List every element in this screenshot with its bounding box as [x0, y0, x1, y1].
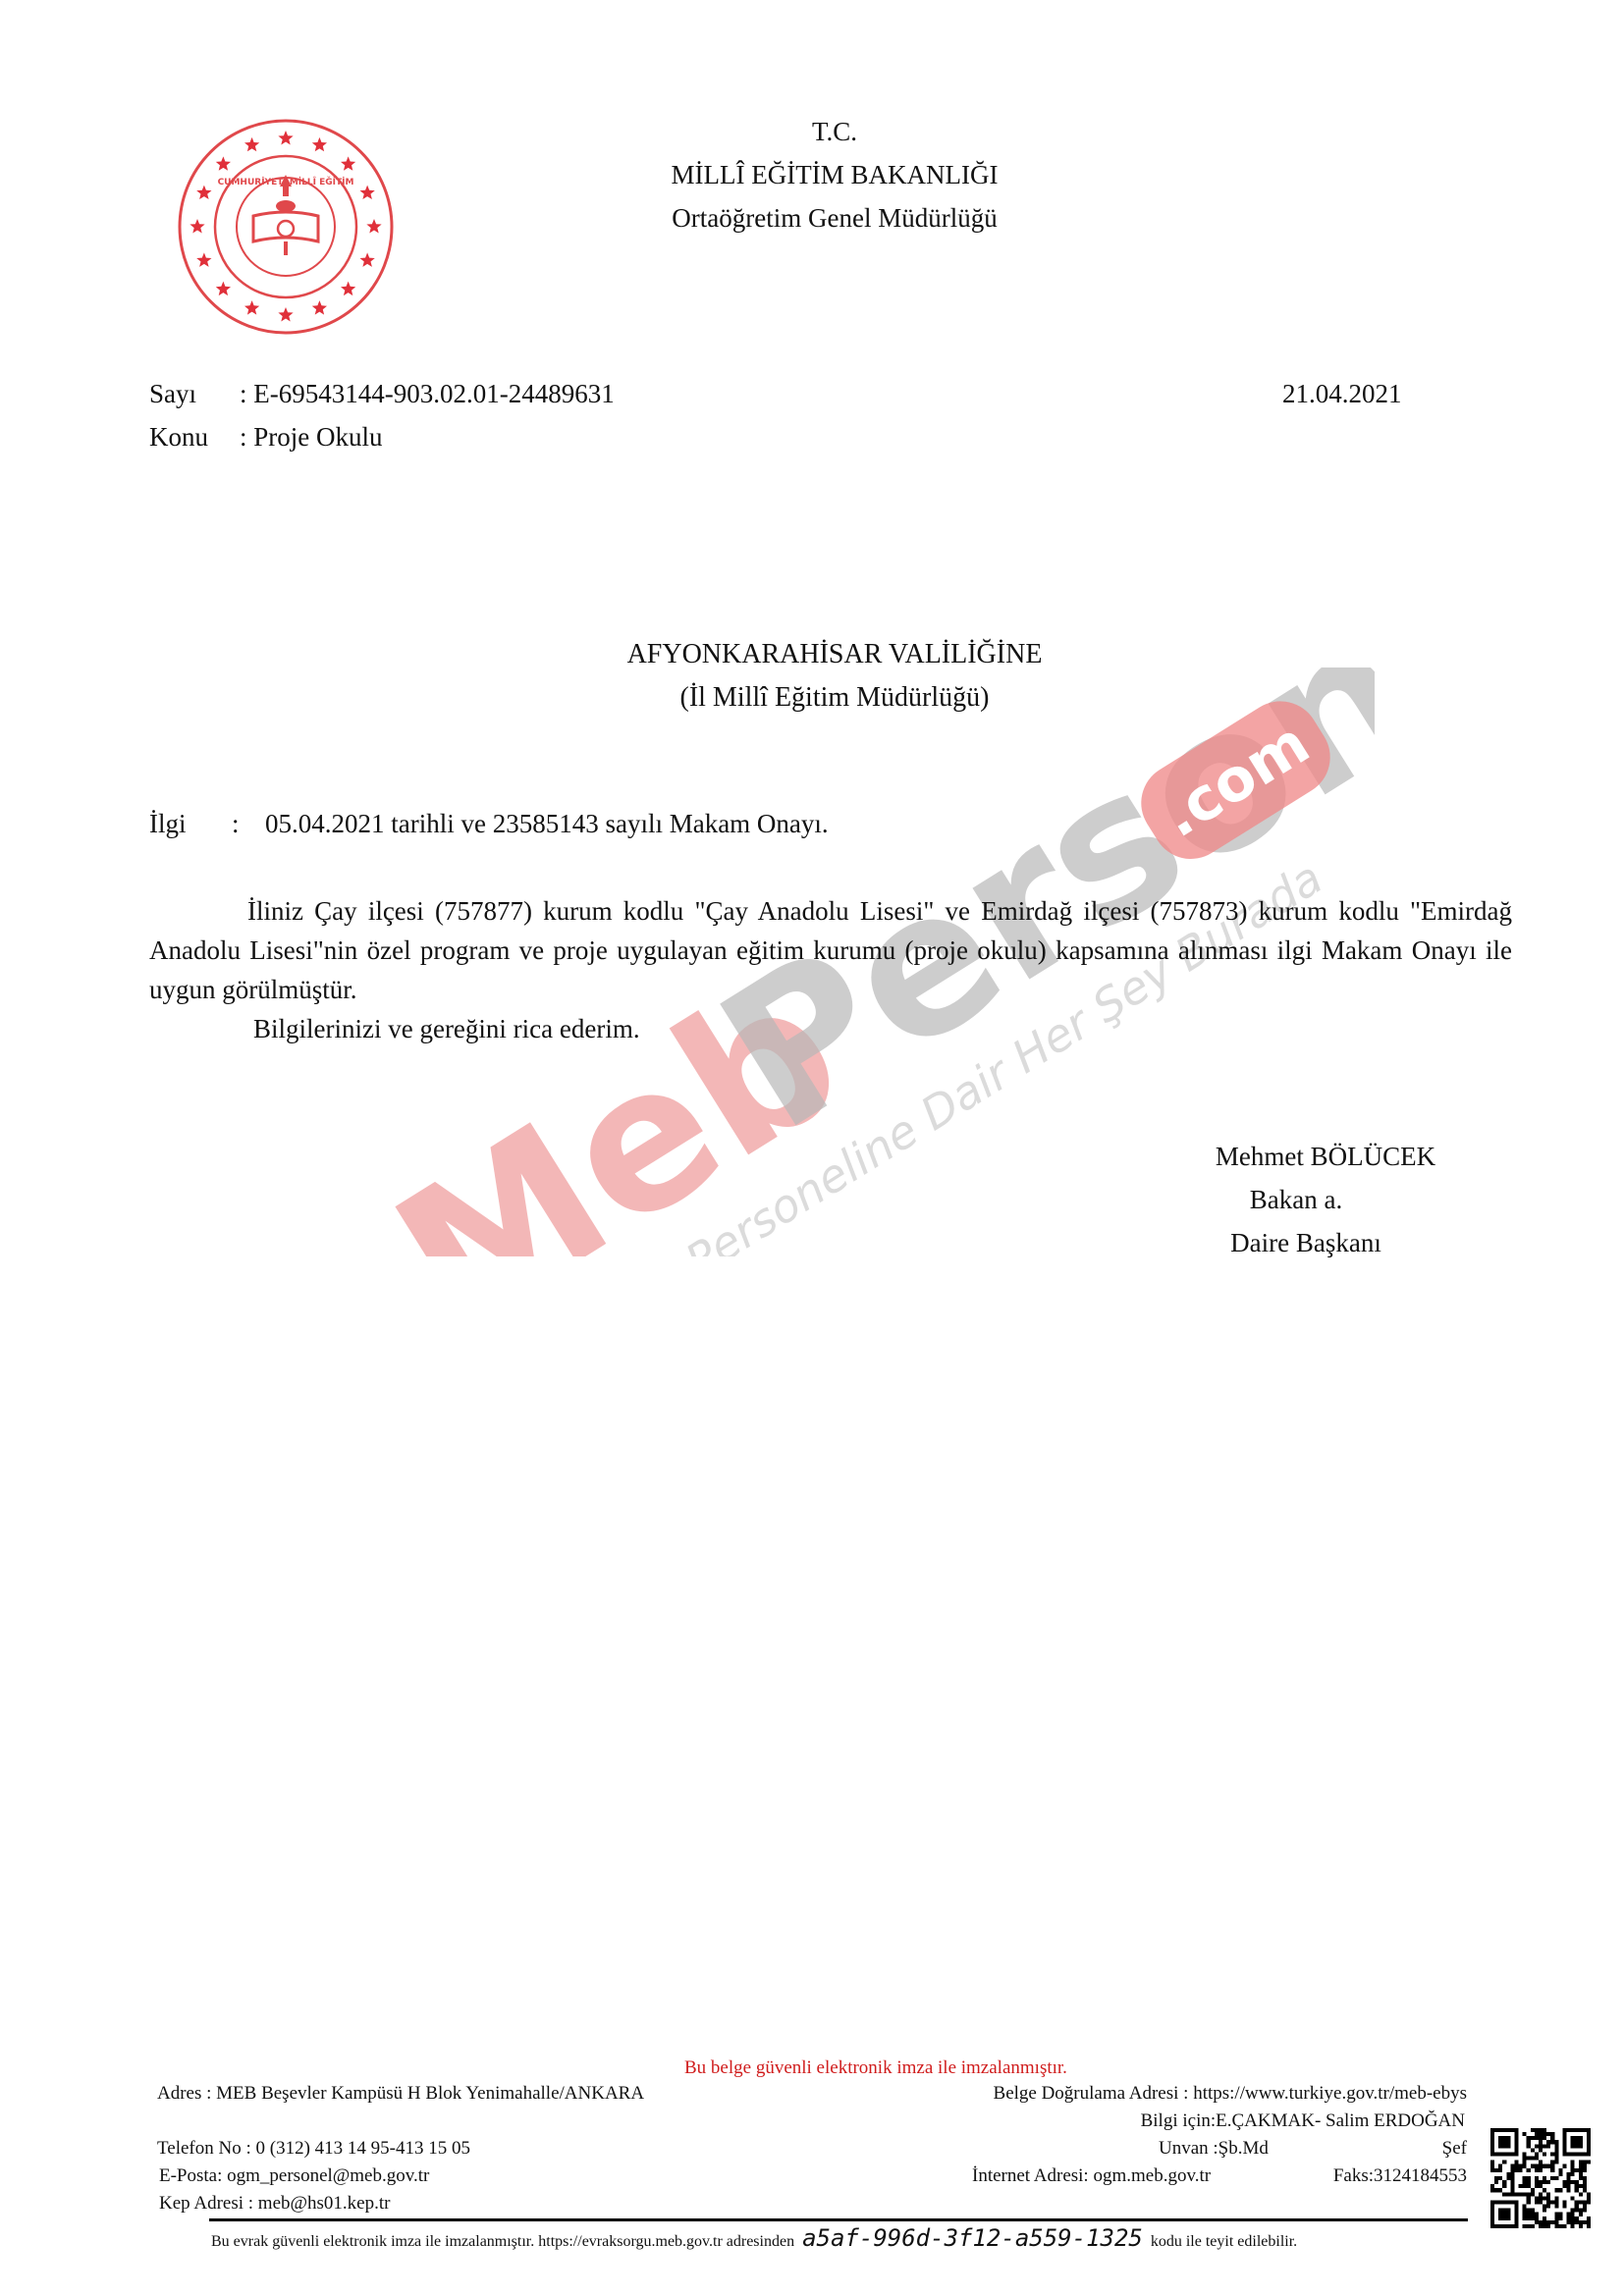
footer-address: Adres : MEB Beşevler Kampüsü H Blok Yeni…	[157, 2083, 644, 2105]
verify-code: a5af-996d-3f12-a559-1325	[802, 2224, 1143, 2252]
header-line-tc: T.C.	[589, 110, 1080, 153]
document-date: 21.04.2021	[1282, 379, 1402, 409]
footer-fax: Faks:3124184553	[1333, 2165, 1467, 2187]
header-ministry: MİLLÎ EĞİTİM BAKANLIĞI	[589, 153, 1080, 196]
verification-line: Bu evrak güvenli elektronik imza ile imz…	[211, 2224, 1297, 2252]
signatory-name: Mehmet BÖLÜCEK	[1119, 1135, 1532, 1178]
footer-email: E-Posta: ogm_personel@meb.gov.tr	[159, 2165, 429, 2187]
qr-code-icon	[1490, 2128, 1591, 2228]
signatory-role-2: Daire Başkanı	[1100, 1221, 1512, 1264]
meb-seal-icon: CUMHURİYETİ MİLLÎ EĞİTİM	[175, 116, 397, 338]
footer-phone: Telefon No : 0 (312) 413 14 95-413 15 05	[157, 2138, 470, 2160]
footer-website: İnternet Adresi: ogm.meb.gov.tr	[972, 2165, 1211, 2187]
svg-text:CUMHURİYETİ MİLLÎ EĞİTİM: CUMHURİYETİ MİLLÎ EĞİTİM	[218, 176, 354, 187]
footer-title-2: Şef	[1442, 2138, 1467, 2160]
footer-verify-address: Belge Doğrulama Adresi : https://www.tur…	[994, 2083, 1467, 2105]
ilgi-label: İlgi	[149, 809, 187, 839]
signatory-role-1: Bakan a.	[1090, 1178, 1502, 1221]
konu-value: : Proje Okulu	[240, 422, 383, 453]
footer-info-for: Bilgi için:E.ÇAKMAK- Salim ERDOĞAN	[1141, 2110, 1465, 2132]
footer-kep: Kep Adresi : meb@hs01.kep.tr	[159, 2193, 390, 2215]
verify-prefix: Bu evrak güvenli elektronik imza ile imz…	[211, 2233, 794, 2251]
verify-suffix: kodu ile teyit edilebilir.	[1151, 2233, 1297, 2251]
ilgi-text: 05.04.2021 tarihli ve 23585143 sayılı Ma…	[265, 809, 829, 839]
body-paragraph-1: İliniz Çay ilçesi (757877) kurum kodlu "…	[149, 891, 1512, 1009]
esign-notice: Bu belge güvenli elektronik imza ile imz…	[684, 2057, 1067, 2079]
addressee-title: AFYONKARAHİSAR VALİLİĞİNE	[491, 632, 1178, 676]
sayi-label: Sayı	[149, 379, 196, 409]
watermark-suffix: .com	[1150, 709, 1322, 851]
header-directorate: Ortaöğretim Genel Müdürlüğü	[589, 196, 1080, 240]
ilgi-separator: :	[232, 809, 240, 839]
footer-divider	[209, 2218, 1468, 2221]
konu-label: Konu	[149, 422, 208, 453]
addressee-subtitle: (İl Millî Eğitim Müdürlüğü)	[491, 675, 1178, 720]
body-paragraph-2: Bilgilerinizi ve gereğini rica ederim.	[149, 1009, 1512, 1048]
sayi-value: : E-69543144-903.02.01-24489631	[240, 379, 615, 409]
footer-title: Unvan :Şb.Md	[1159, 2138, 1269, 2160]
